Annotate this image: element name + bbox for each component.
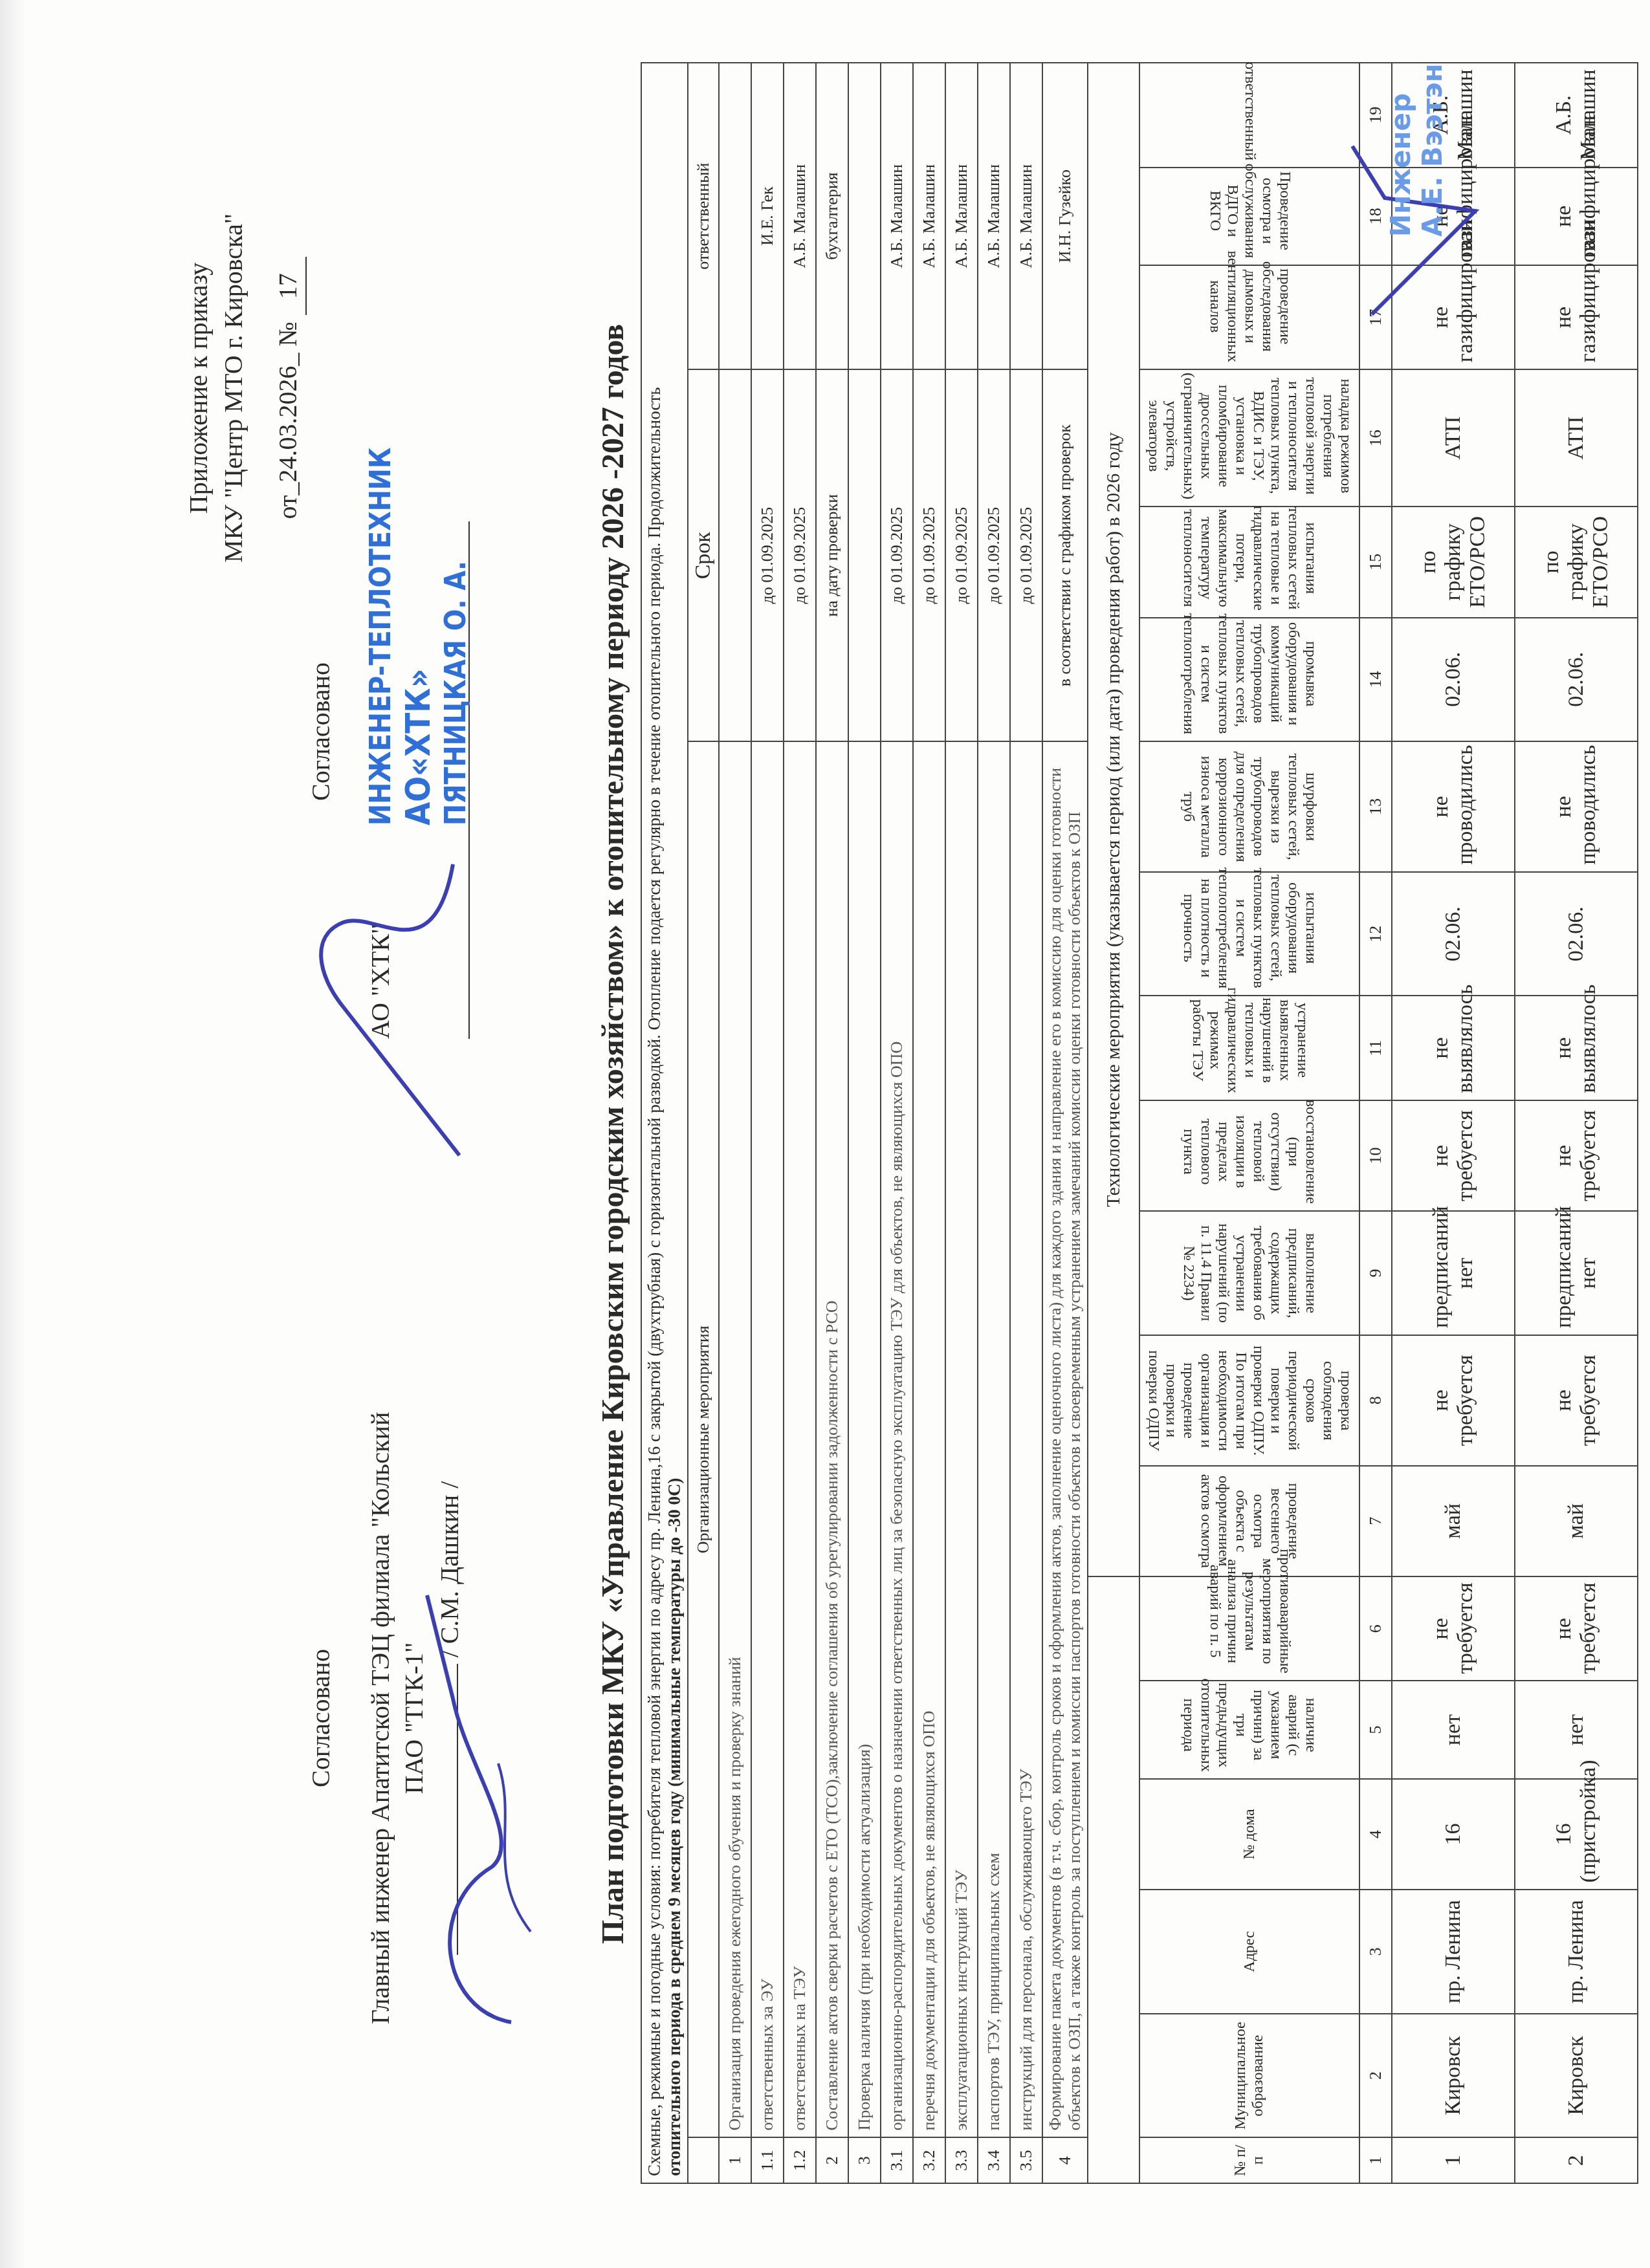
column-number: 15 xyxy=(1359,507,1392,617)
org-row-deadline: до 01.09.2025 xyxy=(881,369,913,741)
org-row-responsible xyxy=(719,63,751,369)
org-row: 1.2ответственных на ТЭУдо 01.09.2025А.Б.… xyxy=(784,63,816,2183)
org-row-text: ответственных на ТЭУ xyxy=(784,741,816,2137)
approval-title: Согласовано xyxy=(304,1362,338,2074)
table-cell: Кировск xyxy=(1515,2014,1638,2138)
scan-edge xyxy=(0,0,26,2268)
table-cell: пр. Ленина xyxy=(1515,1890,1638,2014)
org-row-responsible: А.Б. Малашин xyxy=(784,63,816,369)
document-page: Приложение к приказу МКУ "Центр МТО г. К… xyxy=(0,0,1650,2268)
column-header: ответственный xyxy=(1139,63,1359,168)
org-row: 3.2перечня документации для объектов, не… xyxy=(913,63,945,2183)
column-header: наладка режимов потребления тепловой эне… xyxy=(1139,369,1359,507)
table-cell: предписаний нет xyxy=(1392,1211,1515,1335)
column-number: 5 xyxy=(1359,1681,1392,1778)
org-row-responsible: А.Б. Малашин xyxy=(881,63,913,369)
org-row-num: 2 xyxy=(816,2137,848,2183)
plan-table: Схемные, режимные и погодные условия: по… xyxy=(641,62,1638,2184)
table-cell: не газифицирован xyxy=(1515,168,1638,265)
column-header: № дома xyxy=(1139,1779,1359,1890)
approval-signatory: / С.М. Дашкин / xyxy=(435,1481,464,1658)
org-row: 3.3эксплуатационных инструкций ТЭУдо 01.… xyxy=(945,63,978,2183)
org-row-responsible: бухгалтерия xyxy=(816,63,848,369)
table-cell: 02.06. xyxy=(1392,872,1515,996)
document-title: План подготовки МКУ «Управление Кировски… xyxy=(595,0,631,2268)
table-cell: не газифицирован xyxy=(1392,265,1515,369)
org-row: 3.5инструкций для персонала, обслуживающ… xyxy=(1010,63,1042,2183)
approval-block-tgk: Согласовано Главный инженер Апатитской Т… xyxy=(304,1362,467,2074)
org-row-num: 3 xyxy=(848,2137,881,2183)
org-row-text: Организация проведения ежегодного обучен… xyxy=(719,741,751,2137)
org-row-text: организационно-распорядительных документ… xyxy=(881,741,913,2137)
table-cell: по графику ЕТО/РСО xyxy=(1515,507,1638,617)
column-header: Муниципальное образование xyxy=(1139,2014,1359,2138)
org-row-text: эксплуатационных инструкций ТЭУ xyxy=(945,741,978,2137)
column-number: 4 xyxy=(1359,1779,1392,1890)
org-row-num: 4 xyxy=(1042,2137,1088,2183)
column-header: Адрес xyxy=(1139,1890,1359,2014)
table-cell: не выявлялось xyxy=(1515,996,1638,1100)
table-cell: не требуется xyxy=(1515,1576,1638,1681)
table-cell: 16 xyxy=(1392,1779,1515,1890)
table-cell: 2 xyxy=(1515,2137,1638,2183)
column-header: испытания тепловых сетей на тепловые и г… xyxy=(1139,507,1359,617)
table-cell: по графику ЕТО/РСО xyxy=(1392,507,1515,617)
engineer-stamp-secondary: Инженер А.Е. Вээтэн xyxy=(1385,63,1448,237)
tech-rows: 1Кировскпр. Ленина16нетне требуетсямайне… xyxy=(1392,63,1638,2183)
org-row-responsible: И.Н. Гузейко xyxy=(1042,63,1088,369)
table-row: 1Кировскпр. Ленина16нетне требуетсямайне… xyxy=(1392,63,1515,2183)
table-cell: АТП xyxy=(1515,369,1638,507)
table-cell: не газифицирован xyxy=(1515,265,1638,369)
org-row-num: 3.2 xyxy=(913,2137,945,2183)
table-cell: 16 (пристройка) xyxy=(1515,1779,1638,1890)
column-number: 1 xyxy=(1359,2137,1392,2183)
column-number: 11 xyxy=(1359,996,1392,1100)
column-header: устранение выявленных нарушений в теплов… xyxy=(1139,996,1359,1100)
table-cell: не проводились xyxy=(1392,741,1515,872)
table-cell: 02.06. xyxy=(1392,618,1515,742)
column-header: выполнение предписаний, содержащих требо… xyxy=(1139,1211,1359,1335)
org-rows: 1Организация проведения ежегодного обуче… xyxy=(719,63,1088,2183)
table-cell: не требуется xyxy=(1392,1100,1515,1211)
org-row-num: 3.3 xyxy=(945,2137,978,2183)
column-header: противоаварийные мероприятия по результа… xyxy=(1139,1576,1359,1681)
column-number: 14 xyxy=(1359,618,1392,742)
org-row-text: паспортов ТЭУ, принципиальных схем xyxy=(978,741,1010,2137)
appendix-date: от_24.03.2026_ № 17 xyxy=(270,213,307,563)
column-number: 17 xyxy=(1359,265,1392,369)
org-row-responsible: И.Е. Гек xyxy=(751,63,784,369)
column-number: 6 xyxy=(1359,1576,1392,1681)
org-row-text: ответственных за ЭУ xyxy=(751,741,784,2137)
table-cell: нет xyxy=(1392,1681,1515,1778)
table-cell: А.Б. Малашин xyxy=(1515,63,1638,168)
org-row-num: 3.5 xyxy=(1010,2137,1042,2183)
approval-position: Главный инженер Апатитской ТЭЦ филиала "… xyxy=(364,1362,397,2074)
table-cell: пр. Ленина xyxy=(1392,1890,1515,2014)
org-row-responsible: А.Б. Малашин xyxy=(978,63,1010,369)
column-header: наличие аварий (с указанием причин) за т… xyxy=(1139,1681,1359,1778)
tech-section-header: Технологические мероприятия (указывается… xyxy=(1088,63,1139,2183)
org-row-deadline: до 01.09.2025 xyxy=(913,369,945,741)
conditions-row: Схемные, режимные и погодные условия: по… xyxy=(641,63,688,2183)
column-number: 13 xyxy=(1359,741,1392,872)
column-number: 16 xyxy=(1359,369,1392,507)
appendix-header: Приложение к приказу МКУ "Центр МТО г. К… xyxy=(181,213,307,563)
column-header: проведение обследования дымовых и вентил… xyxy=(1139,265,1359,369)
org-row-responsible: А.Б. Малашин xyxy=(945,63,978,369)
org-row-text: перечня документации для объектов, не яв… xyxy=(913,741,945,2137)
column-number: 3 xyxy=(1359,1890,1392,2014)
org-row-num: 1.2 xyxy=(784,2137,816,2183)
org-row-responsible: А.Б. Малашин xyxy=(1010,63,1042,369)
org-row-num: 1.1 xyxy=(751,2137,784,2183)
table-cell: 02.06. xyxy=(1515,618,1638,742)
org-row-deadline: на дату проверки xyxy=(816,369,848,741)
column-number: 12 xyxy=(1359,872,1392,996)
org-row-deadline: в соответствии с графиком проверок xyxy=(1042,369,1088,741)
table-cell: май xyxy=(1515,1466,1638,1576)
org-row-text: Проверка наличия (при необходимости акту… xyxy=(848,741,881,2137)
tech-column-headers: № п/пМуниципальное образованиеАдрес№ дом… xyxy=(1139,63,1359,2183)
table-cell: не проводились xyxy=(1515,741,1638,872)
table-cell: предписаний нет xyxy=(1515,1211,1638,1335)
org-row: 3Проверка наличия (при необходимости акт… xyxy=(848,63,881,2183)
column-header: испытания оборудования тепловых сетей, т… xyxy=(1139,872,1359,996)
org-row: 3.1организационно-распорядительных докум… xyxy=(881,63,913,2183)
org-row-deadline xyxy=(719,369,751,741)
org-section-header: Организационные мероприятия Срок ответст… xyxy=(688,63,719,2183)
column-header: Проведение осмотра и обслуживания ВДГО и… xyxy=(1139,168,1359,265)
org-row: 1.1ответственных за ЭУдо 01.09.2025И.Е. … xyxy=(751,63,784,2183)
approval-title: Согласовано xyxy=(304,424,338,1039)
column-number: 8 xyxy=(1359,1335,1392,1466)
org-row: 3.4паспортов ТЭУ, принципиальных схемдо … xyxy=(978,63,1010,2183)
org-row: 2Составление актов сверки расчетов с ЕТО… xyxy=(816,63,848,2183)
table-cell: АТП xyxy=(1392,369,1515,507)
order-number: 17 xyxy=(270,257,307,315)
table-cell: 1 xyxy=(1392,2137,1515,2183)
table-cell: Кировск xyxy=(1392,2014,1515,2138)
appendix-line2: МКУ "Центр МТО г. Кировска" xyxy=(216,213,251,563)
org-row-deadline: до 01.09.2025 xyxy=(1010,369,1042,741)
org-row-text: Составление актов сверки расчетов с ЕТО … xyxy=(816,741,848,2137)
column-header: восстановление (при отсутствии) тепловой… xyxy=(1139,1100,1359,1211)
column-number: 9 xyxy=(1359,1211,1392,1335)
table-cell: май xyxy=(1392,1466,1515,1576)
column-number: 2 xyxy=(1359,2014,1392,2138)
table-cell: не требуется xyxy=(1515,1100,1638,1211)
column-header: проведение весеннего осмотра объекта с о… xyxy=(1139,1466,1359,1576)
column-number: 7 xyxy=(1359,1466,1392,1576)
org-row-deadline: до 01.09.2025 xyxy=(978,369,1010,741)
appendix-line1: Приложение к приказу xyxy=(181,213,216,563)
table-cell: не требуется xyxy=(1392,1576,1515,1681)
column-header: проверка соблюдения сроков периодической… xyxy=(1139,1335,1359,1466)
table-cell: 02.06. xyxy=(1515,872,1638,996)
table-cell: не требуется xyxy=(1392,1335,1515,1466)
org-row-deadline: до 01.09.2025 xyxy=(945,369,978,741)
org-row-num: 3.4 xyxy=(978,2137,1010,2183)
tech-column-numbers: 12345678910111213141516171819 xyxy=(1359,63,1392,2183)
org-row-text: инструкций для персонала, обслуживающего… xyxy=(1010,741,1042,2137)
column-header: промывка оборудования и коммуникаций тру… xyxy=(1139,618,1359,742)
org-row-num: 1 xyxy=(719,2137,751,2183)
column-header: № п/п xyxy=(1139,2137,1359,2183)
table-row: 2Кировскпр. Ленина16 (пристройка)нетне т… xyxy=(1515,63,1638,2183)
column-number: 10 xyxy=(1359,1100,1392,1211)
org-row: 4Формирование пакета документов (в т.ч. … xyxy=(1042,63,1088,2183)
approval-org: ПАО "ТГК-1" xyxy=(397,1362,431,2074)
org-row-deadline: до 01.09.2025 xyxy=(751,369,784,741)
org-row-num: 3.1 xyxy=(881,2137,913,2183)
org-row-deadline xyxy=(848,369,881,741)
engineer-stamp: ИНЖЕНЕР-ТЕПЛОТЕХНИК АО«ХТК» ПЯТНИЦКАЯ О.… xyxy=(362,448,475,825)
org-row-text: Формирование пакета документов (в т.ч. с… xyxy=(1042,741,1088,2137)
org-row-responsible: А.Б. Малашин xyxy=(913,63,945,369)
org-row-deadline: до 01.09.2025 xyxy=(784,369,816,741)
column-header: шурфовки тепловых сетей, вырезки из труб… xyxy=(1139,741,1359,872)
table-cell: не требуется xyxy=(1515,1335,1638,1466)
table-cell: не выявлялось xyxy=(1392,996,1515,1100)
org-row-responsible xyxy=(848,63,881,369)
org-row: 1Организация проведения ежегодного обуче… xyxy=(719,63,751,2183)
